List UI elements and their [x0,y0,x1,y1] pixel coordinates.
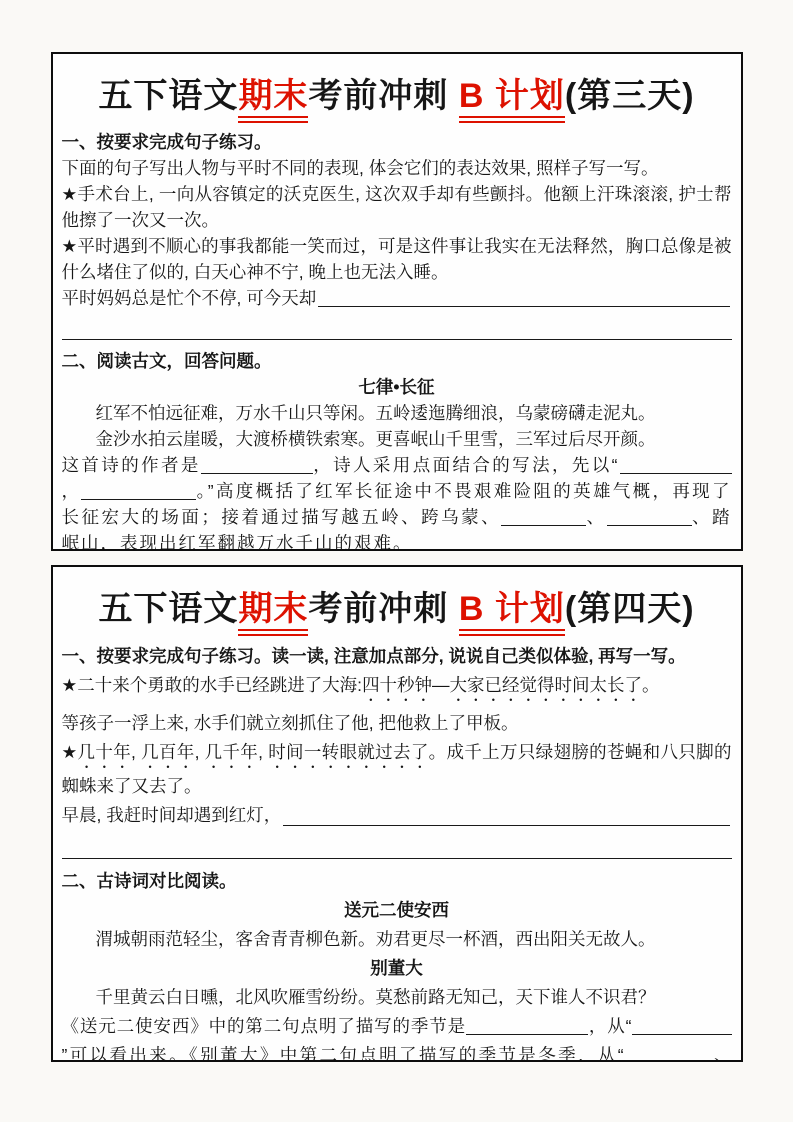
answer-blank [624,1046,712,1063]
panel-title: 五下语文期末考前冲刺 B 计划(第四天) [62,581,732,630]
example-sentence-1: ★手术台上, 一向从容镇定的沃克医生, 这次双手却有些颤抖。他额上汗珠滚滚, 护… [62,181,732,233]
example-sentence-1-cont: 等孩子一浮上来, 水手们就立刻抓住了他, 把他救上了甲板。 [62,709,732,738]
prompt-text: 早晨, 我赶时间却遇到红灯， [62,801,282,830]
fill-in-prompt: 平时妈妈总是忙个不停, 可今天却 [62,285,732,311]
answer-blank [501,508,586,527]
title-red-term-qimo: 期末 [238,590,308,636]
prompt-text: 平时妈妈总是忙个不停, 可今天却 [62,285,317,311]
section2-heading: 二、阅读古文，回答问题。 [62,348,732,374]
star-bullet: ★ [62,742,78,762]
answer-writing-line [62,313,732,340]
dotted-emphasis-text: 四十秒钟—大家已经觉得时间太长了。 [362,675,660,695]
question-paragraph: 《送元二使安西》中的第二句点明了描写的季节是，从“”可以看出来。《别董大》中第二… [62,1012,732,1062]
poem-line: 红军不怕远征难，万水千山只等闲。五岭逶迤腾细浪，乌蒙磅礴走泥丸。 [62,400,732,426]
title-red-term-qimo: 期末 [238,77,308,123]
answer-blank [283,801,729,826]
worksheet-panel-day3: 五下语文期末考前冲刺 B 计划(第三天) 一、按要求完成句子练习。 下面的句子写… [51,52,743,551]
title-text-black: 五下语文 [98,77,238,115]
poem-title-biedongda: 别董大 [62,954,732,983]
example-sentence-2: ★平时遇到不顺心的事我都能一笑而过，可是这件事让我实在无法释然，胸口总像是被什么… [62,233,732,285]
fill-in-prompt: 早晨, 我赶时间却遇到红灯， [62,801,732,830]
question-text: 、 [586,507,606,527]
title-text-black: 考前冲刺 [308,590,458,628]
poem-title-changzheng: 七律•长征 [62,374,732,400]
section1-heading: 一、按要求完成句子练习。 [62,129,732,155]
question-paragraph: 这首诗的作者是，诗人采用点面结合的写法，先以“，。”高度概括了红军长征途中不畏艰… [62,452,732,551]
title-text-black: 五下语文 [98,590,238,628]
question-text: ，诗人采用点面结合的写法，先以“ [313,455,620,475]
poem-line: 金沙水拍云崖暖，大渡桥横铁索寒。更喜岷山千里雪，三军过后尽开颜。 [62,426,732,452]
answer-blank [81,482,196,501]
example-sentence-2: ★几十年, 几百年, 几千年, 时间一转眼就过去了。成千上万只绿翅膀的苍蝇和八只… [62,738,732,801]
answer-blank [620,456,732,475]
title-red-term-plan-b: B 计划 [459,590,565,636]
answer-blank [318,285,729,307]
answer-blank [632,1017,732,1036]
worksheet-panel-day4: 五下语文期末考前冲刺 B 计划(第四天) 一、按要求完成句子练习。读一读, 注意… [51,565,743,1062]
answer-blank [607,508,692,527]
worksheet-page: 五下语文期末考前冲刺 B 计划(第三天) 一、按要求完成句子练习。 下面的句子写… [0,0,793,1122]
section1-intro: 下面的句子写出人物与平时不同的表现, 体会它们的表达效果, 照样子写一写。 [62,155,732,181]
answer-blank [201,456,313,475]
title-day-label: (第三天) [565,77,695,115]
question-text: 、 [712,1045,732,1062]
question-text: 这首诗的作者是 [62,455,201,475]
example-text: ★二十来个勇敢的水手已经跳进了大海: [62,675,363,695]
title-text-black: 考前冲刺 [308,77,458,115]
question-text: 《送元二使安西》中的第二句点明了描写的季节是 [62,1016,467,1036]
panel-title: 五下语文期末考前冲刺 B 计划(第三天) [62,68,732,117]
poem-line: 千里黄云白日曛，北风吹雁雪纷纷。莫愁前路无知己，天下谁人不识君？ [62,983,732,1012]
answer-blank [466,1017,588,1036]
title-red-term-plan-b: B 计划 [459,77,565,123]
section1-heading: 一、按要求完成句子练习。读一读, 注意加点部分, 说说自己类似体验, 再写一写。 [62,642,732,671]
example-sentence-1: ★二十来个勇敢的水手已经跳进了大海:四十秒钟—大家已经觉得时间太长了。 [62,671,732,705]
question-text: ”可以看出来。《别董大》中第二句点明了描写的季节是冬季，从“ [62,1045,624,1062]
title-day-label: (第四天) [565,590,695,628]
question-text: ，从“ [588,1016,632,1036]
question-text: ， [62,481,82,501]
poem-line: 渭城朝雨范轻尘，客舍青青柳色新。劝君更尽一杯酒，西出阳关无故人。 [62,925,732,954]
poem-title-songyuaner: 送元二使安西 [62,896,732,925]
section2-heading: 二、古诗词对比阅读。 [62,867,732,896]
dotted-emphasis-text: 几十年, 几百年, 几千年, 时间一转眼就过去了。 [78,742,447,762]
answer-writing-line [62,832,732,859]
